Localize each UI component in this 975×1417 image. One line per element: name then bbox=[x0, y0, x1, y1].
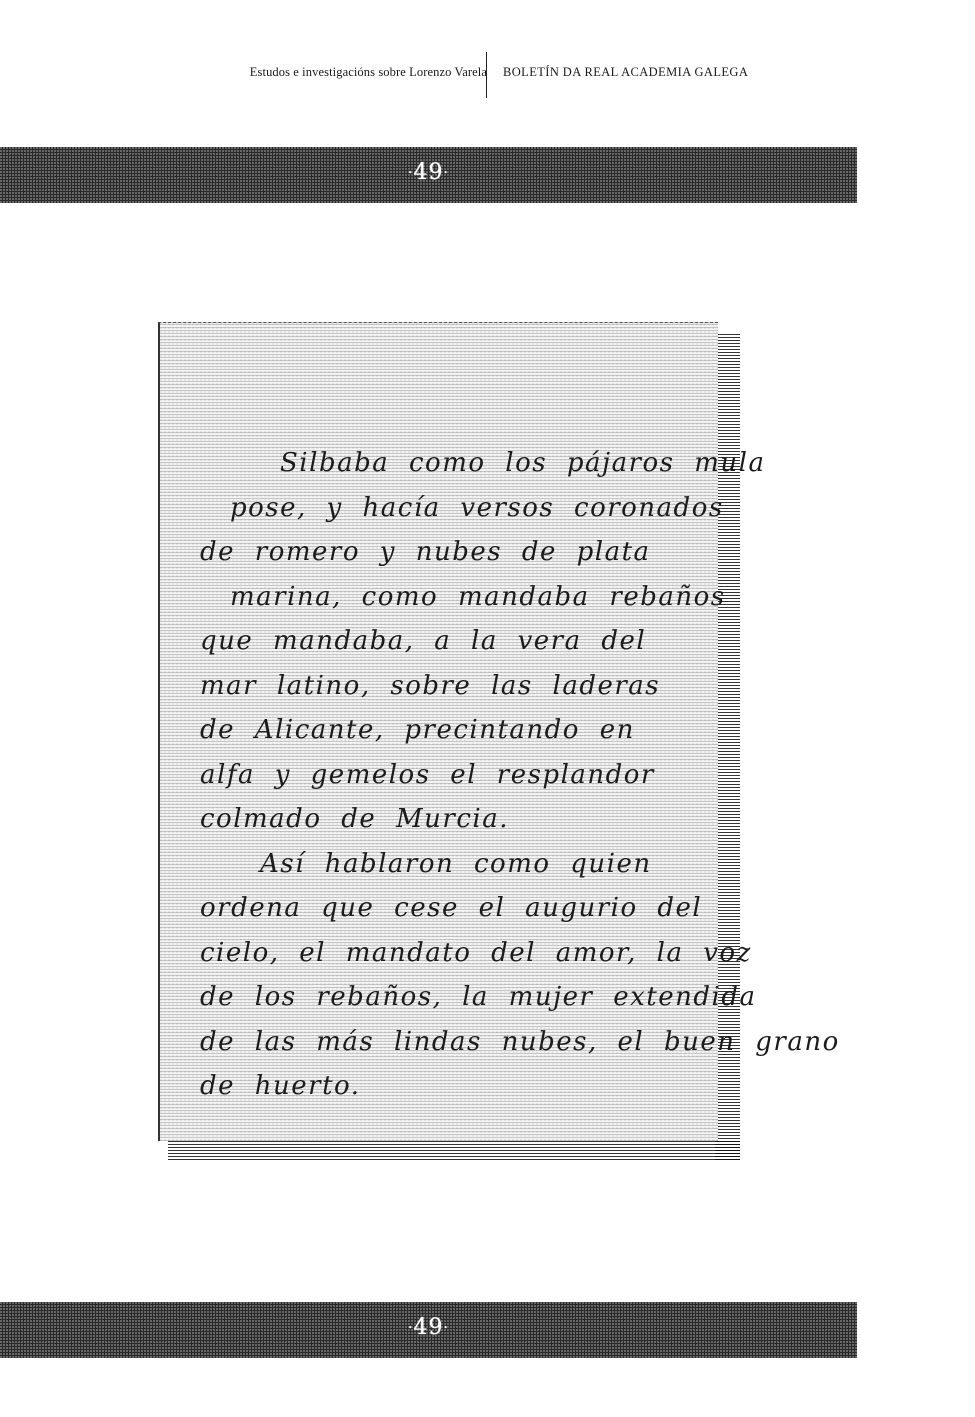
manuscript-line: de Alicante, precintando en bbox=[200, 708, 700, 753]
folio-bar-bottom: 49 bbox=[0, 1302, 857, 1358]
facsimile-shadow-bottom bbox=[168, 1140, 740, 1160]
manuscript-line: que mandaba, a la vera del bbox=[200, 619, 700, 664]
running-header: Estudos e investigacións sobre Lorenzo V… bbox=[0, 52, 975, 100]
manuscript-line: Silbaba como los pájaros mula bbox=[200, 441, 700, 486]
manuscript-line: Así hablaron como quien bbox=[200, 842, 700, 887]
running-header-divider bbox=[486, 52, 487, 98]
page-number-bottom: 49 bbox=[0, 1315, 857, 1340]
manuscript-line: marina, como mandaba rebaños bbox=[200, 575, 700, 620]
running-header-journal-title: BOLETÍN DA REAL ACADEMIA GALEGA bbox=[503, 65, 748, 80]
manuscript-line: de las más lindas nubes, el buen grano bbox=[200, 1020, 700, 1065]
page-number-top: 49 bbox=[0, 160, 857, 185]
manuscript-line: colmado de Murcia. bbox=[200, 797, 700, 842]
manuscript-facsimile: Silbaba como los pájaros mula pose, y ha… bbox=[158, 322, 740, 1160]
manuscript-line: de huerto. bbox=[200, 1064, 700, 1109]
manuscript-line: de romero y nubes de plata bbox=[200, 530, 700, 575]
folio-bar-top: 49 bbox=[0, 147, 857, 203]
manuscript-line: cielo, el mandato del amor, la voz bbox=[200, 931, 700, 976]
manuscript-line: pose, y hacía versos coronados bbox=[200, 486, 700, 531]
manuscript-line: mar latino, sobre las laderas bbox=[200, 664, 700, 709]
manuscript-line: de los rebaños, la mujer extendida bbox=[200, 975, 700, 1020]
handwritten-text: Silbaba como los pájaros mula pose, y ha… bbox=[200, 441, 700, 1109]
manuscript-line: ordena que cese el augurio del bbox=[200, 886, 700, 931]
manuscript-line: alfa y gemelos el resplandor bbox=[200, 753, 700, 798]
manuscript-paper: Silbaba como los pájaros mula pose, y ha… bbox=[158, 322, 718, 1141]
running-header-section-title: Estudos e investigacións sobre Lorenzo V… bbox=[250, 65, 487, 80]
